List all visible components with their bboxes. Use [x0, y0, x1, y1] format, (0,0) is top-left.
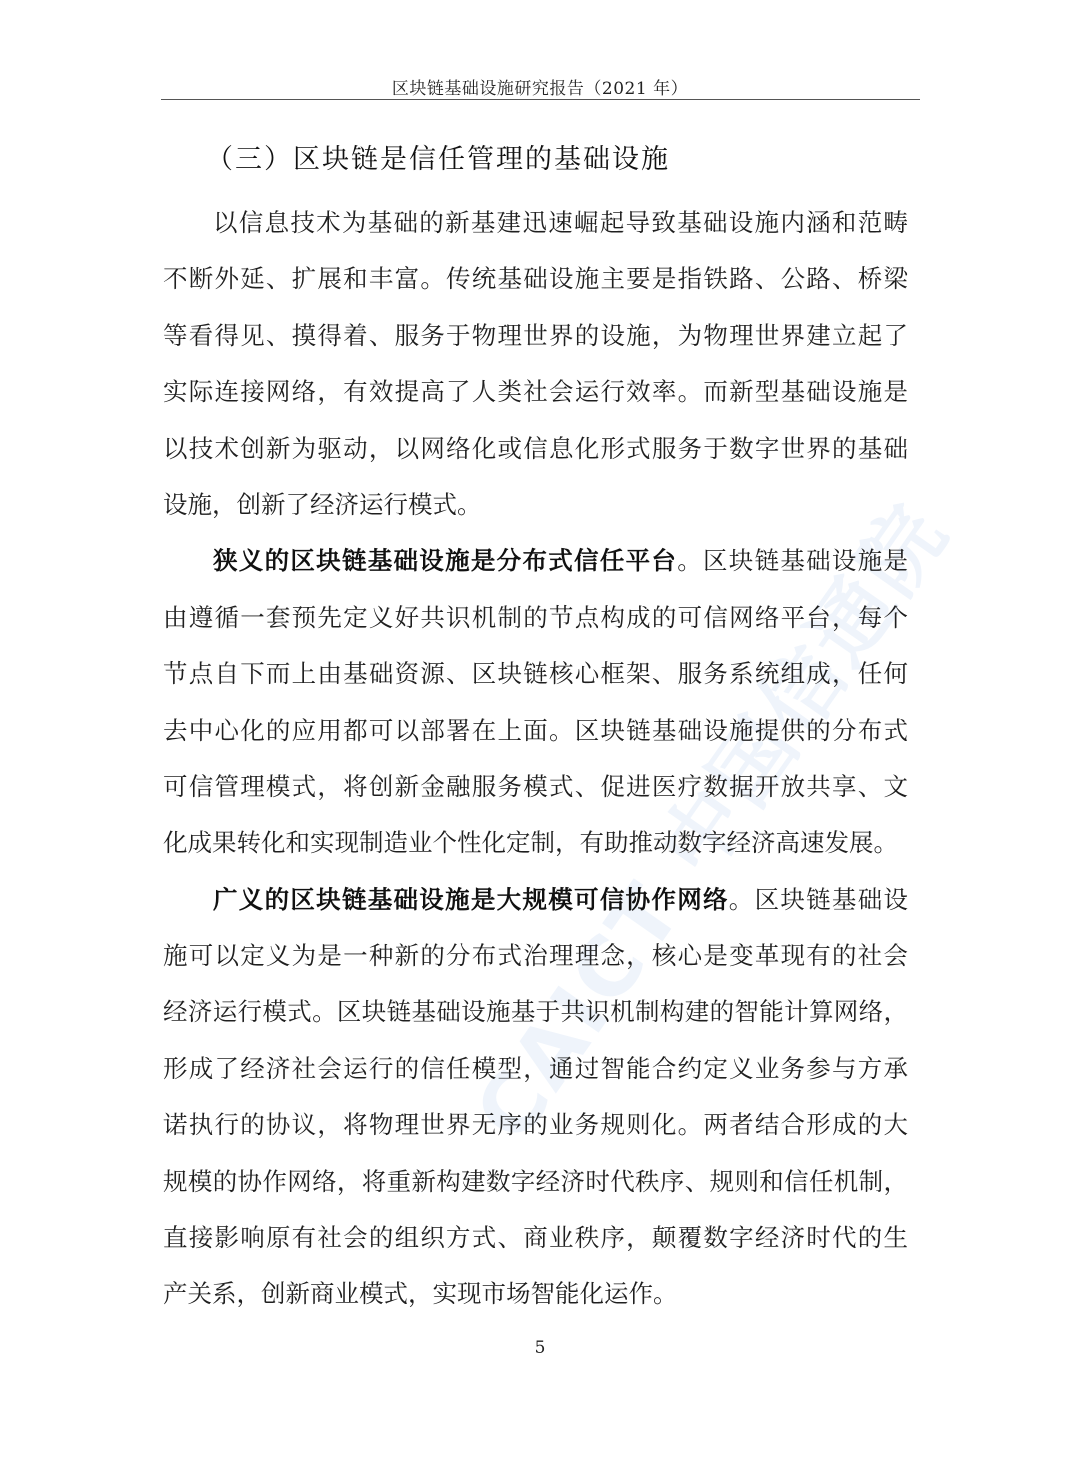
paragraph-3: 广义的区块链基础设施是大规模可信协作网络。区块链基础设 施可以定义为是一种新的分… [163, 878, 908, 1329]
paragraph-line: 以信息技术为基础的新基建迅速崛起导致基础设施内涵和范畴 [163, 201, 908, 257]
paragraph-line: 广义的区块链基础设施是大规模可信协作网络。区块链基础设 [163, 878, 908, 934]
paragraph-line: 经济运行模式。区块链基础设施基于共识机制构建的智能计算网络， [163, 990, 908, 1046]
paragraph-line: 诺执行的协议，将物理世界无序的业务规则化。两者结合形成的大 [163, 1103, 908, 1159]
body-text: 以信息技术为基础的新基建迅速崛起导致基础设施内涵和范畴 不断外延、扩展和丰富。传… [163, 201, 908, 1329]
paragraph-line: 以技术创新为驱动，以网络化或信息化形式服务于数字世界的基础 [163, 427, 908, 483]
paragraph-line: 去中心化的应用都可以部署在上面。区块链基础设施提供的分布式 [163, 709, 908, 765]
paragraph-line: 由遵循一套预先定义好共识机制的节点构成的可信网络平台，每个 [163, 596, 908, 652]
paragraph-line: 实际连接网络，有效提高了人类社会运行效率。而新型基础设施是 [163, 370, 908, 426]
paragraph-line: 规模的协作网络，将重新构建数字经济时代秩序、规则和信任机制， [163, 1160, 908, 1216]
paragraph-line: 施可以定义为是一种新的分布式治理理念，核心是变革现有的社会 [163, 934, 908, 990]
running-header: 区块链基础设施研究报告（2021 年） [160, 74, 920, 99]
paragraph-line: 化成果转化和实现制造业个性化定制，有助推动数字经济高速发展。 [163, 821, 908, 877]
paragraph-line: 狭义的区块链基础设施是分布式信任平台。区块链基础设施是 [163, 539, 908, 595]
paragraph-line: 可信管理模式，将创新金融服务模式、促进医疗数据开放共享、文 [163, 765, 908, 821]
paragraph-line: 产关系，创新商业模式，实现市场智能化运作。 [163, 1272, 908, 1328]
paragraph-line: 直接影响原有社会的组织方式、商业秩序，颠覆数字经济时代的生 [163, 1216, 908, 1272]
page-number: 5 [0, 1338, 1080, 1358]
paragraph-line: 设施，创新了经济运行模式。 [163, 483, 908, 539]
section-title: （三）区块链是信任管理的基础设施 [206, 137, 670, 176]
paragraph-2: 狭义的区块链基础设施是分布式信任平台。区块链基础设施是 由遵循一套预先定义好共识… [163, 539, 908, 877]
header-rule [161, 99, 920, 100]
bold-lead-sentence: 广义的区块链基础设施是大规模可信协作网络 [213, 885, 729, 914]
paragraph-line: 不断外延、扩展和丰富。传统基础设施主要是指铁路、公路、桥梁 [163, 257, 908, 313]
paragraph-line: 节点自下而上由基础资源、区块链核心框架、服务系统组成，任何 [163, 652, 908, 708]
paragraph-line: 等看得见、摸得着、服务于物理世界的设施，为物理世界建立起了 [163, 314, 908, 370]
bold-lead-sentence: 狭义的区块链基础设施是分布式信任平台 [213, 546, 677, 575]
lead-sentence-rest: 。区块链基础设施是 [677, 546, 908, 575]
lead-sentence-rest: 。区块链基础设 [729, 885, 908, 914]
paragraph-line: 形成了经济社会运行的信任模型，通过智能合约定义业务参与方承 [163, 1047, 908, 1103]
paragraph-1: 以信息技术为基础的新基建迅速崛起导致基础设施内涵和范畴 不断外延、扩展和丰富。传… [163, 201, 908, 539]
